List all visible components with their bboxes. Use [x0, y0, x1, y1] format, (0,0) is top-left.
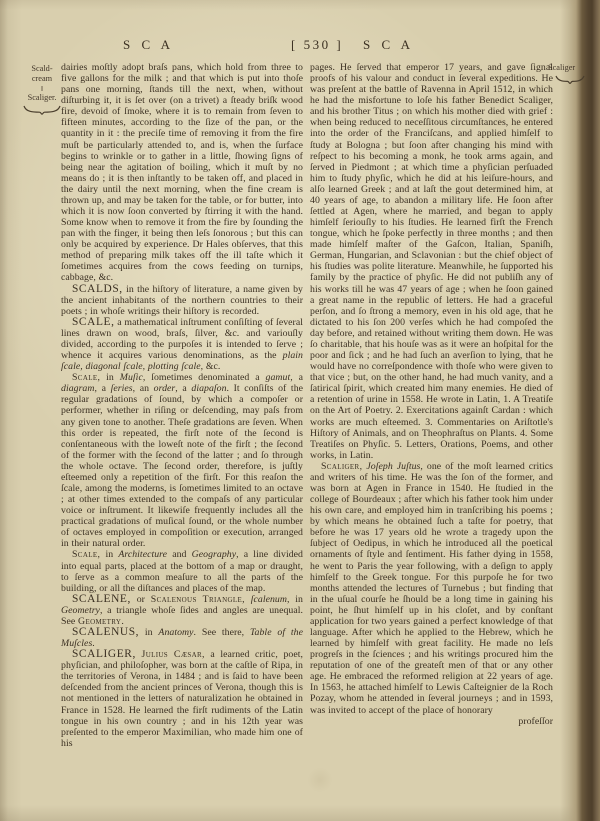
body-text: dairies moſtly adopt braſs pans, which h… — [61, 62, 303, 283]
body-text: . It conſiſts of the regular gradations … — [61, 383, 303, 549]
book-page: S C A [ 530 ] S C A Scald- cream ‖ Scali… — [0, 0, 600, 821]
entry-headword: Julius Cæsar, — [142, 649, 205, 660]
margin-note-line: Scaliger — [548, 63, 592, 73]
body-text: . See there, — [194, 627, 250, 638]
double-bar-glyph: ‖ — [20, 84, 64, 93]
body-text: in — [139, 627, 158, 638]
body-text: , an — [133, 383, 154, 394]
entry-headword: Scale, — [72, 549, 100, 560]
paragraph: Scale, in Architecture and Geography, a … — [61, 549, 303, 593]
body-text: pages. He ſerved that emperor 17 years, … — [310, 62, 553, 461]
italic-text: Anatomy — [158, 627, 193, 638]
paragraph: SCALE, a mathematical inſtrument conſiſt… — [61, 317, 303, 372]
page-number: [ 530 ] — [291, 37, 343, 53]
entry-headword: SCALENUS, — [72, 626, 139, 638]
margin-brace-icon — [23, 105, 61, 115]
body-text: , a — [94, 383, 110, 394]
body-text: , one of the moſt learned critics and wr… — [310, 461, 553, 716]
body-text: , a — [175, 383, 191, 394]
entry-headword: Scaliger, — [321, 461, 362, 472]
italic-text: gamut — [266, 372, 291, 383]
margin-note-right: Scaliger — [548, 63, 592, 84]
entry-headword: SCALENE, — [72, 593, 131, 605]
paragraph: Scale, in Muſic, ſometimes denominated a… — [61, 372, 303, 549]
italic-text: Muſic — [120, 372, 143, 383]
entry-headword: Scale, — [72, 372, 100, 383]
body-text: a learned critic, poet, phyſician, and p… — [61, 649, 303, 749]
body-text: or — [131, 594, 151, 605]
margin-brace-icon — [555, 75, 585, 84]
header-section-right: S C A — [363, 37, 414, 53]
running-header: S C A [ 530 ] S C A — [0, 37, 600, 53]
text-column-left: dairies moſtly adopt braſs pans, which h… — [61, 62, 303, 749]
italic-text: Geography — [192, 549, 236, 560]
paragraph: SCALDS, in the hiſtory of literature, a … — [61, 284, 303, 317]
paragraph: dairies moſtly adopt braſs pans, which h… — [61, 62, 303, 284]
italic-text: Geometry — [61, 605, 100, 616]
italic-text: diapaſon — [191, 383, 226, 394]
body-text: &c. — [203, 361, 220, 372]
entry-headword: Scalenous Triangle, — [151, 594, 245, 605]
body-text: in — [100, 549, 118, 560]
entry-headword: SCALDS, — [72, 283, 123, 295]
italic-text: order — [154, 383, 176, 394]
body-text: , ſometimes denominated a — [143, 372, 266, 383]
italic-text: ſeries — [111, 383, 133, 394]
header-section-left: S C A — [123, 37, 174, 53]
text-column-right: pages. He ſerved that emperor 17 years, … — [310, 62, 553, 727]
margin-note-line: Scaliger. — [20, 93, 64, 103]
catchword: profeſſor — [310, 716, 553, 727]
body-text: in — [100, 372, 120, 383]
margin-note-left: Scald- cream ‖ Scaliger. — [20, 64, 64, 115]
body-text: , a — [290, 372, 303, 383]
paragraph: SCALENE, or Scalenous Triangle, ſcalenum… — [61, 594, 303, 627]
body-text: , in — [287, 594, 303, 605]
paragraph: pages. He ſerved that emperor 17 years, … — [310, 62, 553, 461]
margin-note-line: Scald- — [20, 64, 64, 74]
entry-headword: SCALE, — [72, 316, 115, 328]
paragraph: Scaliger, Joſeph Juſtus, one of the moſt… — [310, 461, 553, 716]
entry-headword: SCALIGER, — [72, 648, 136, 660]
italic-text: diagram — [61, 383, 94, 394]
margin-note-line: cream — [20, 74, 64, 84]
italic-text: Joſeph Juſtus — [366, 461, 420, 472]
italic-text: ſcalenum — [251, 594, 287, 605]
paragraph: SCALIGER, Julius Cæsar, a learned critic… — [61, 649, 303, 749]
paragraph: SCALENUS, in Anatomy. See there, Table o… — [61, 627, 303, 649]
italic-text: Architecture — [118, 549, 167, 560]
body-text: and — [167, 549, 192, 560]
